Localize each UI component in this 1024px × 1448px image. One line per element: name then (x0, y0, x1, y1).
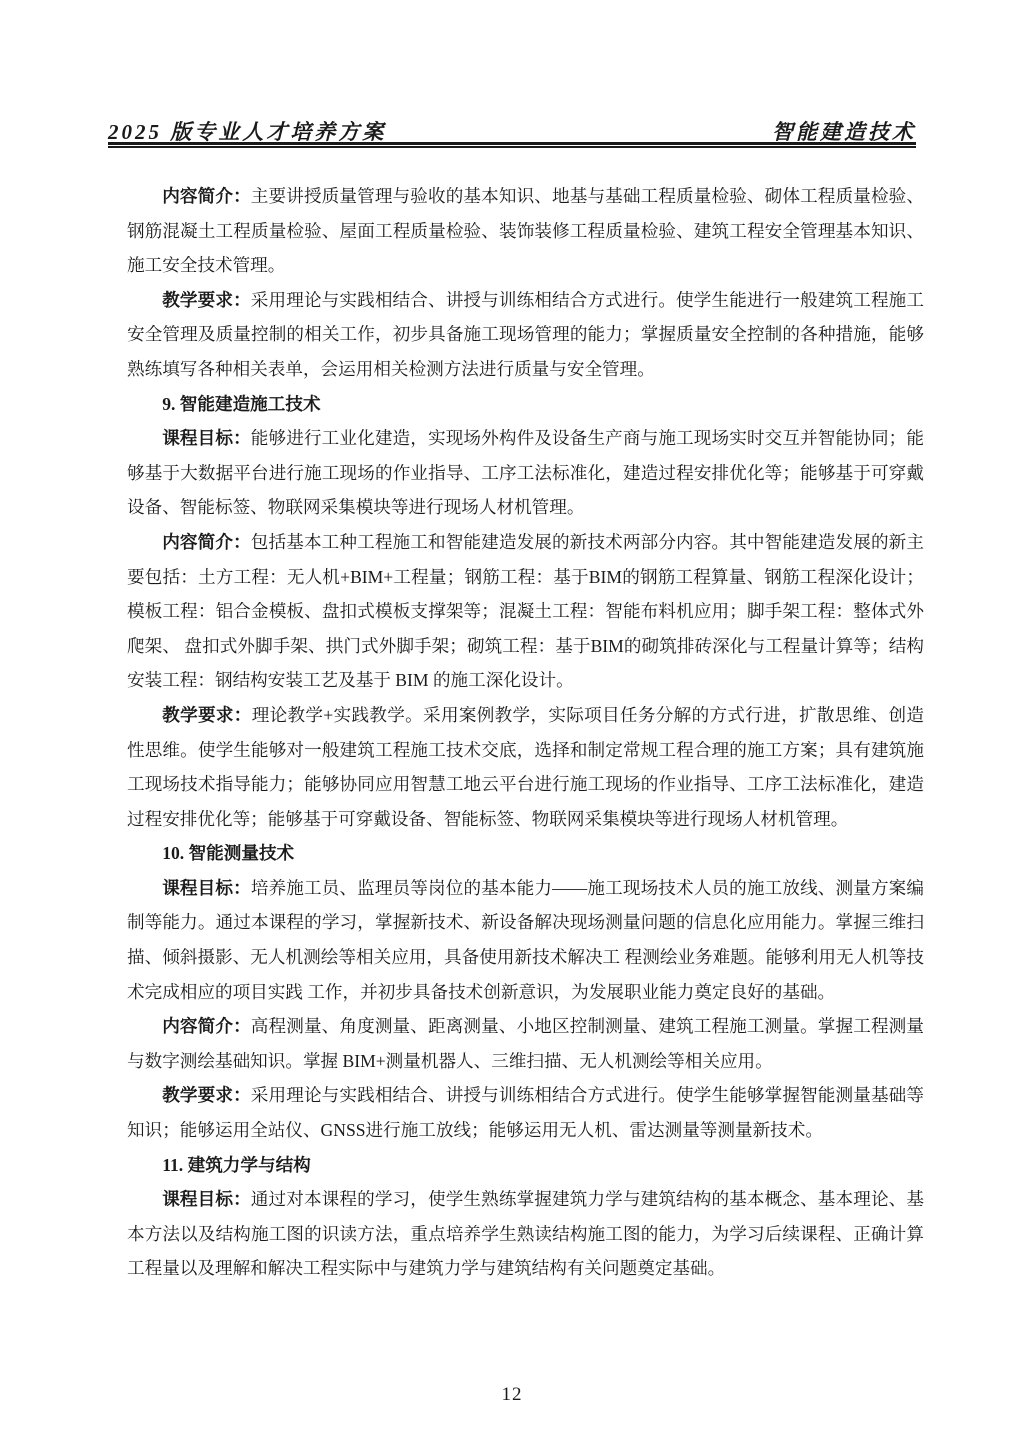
header-rule-thick-line (108, 142, 916, 145)
paragraph-lead: 教学要求： (162, 290, 251, 310)
paragraph-lead: 课程目标： (162, 1189, 251, 1209)
header-rule-thin-line (108, 146, 916, 148)
header-divider-rule (108, 142, 916, 148)
paragraph-lead: 教学要求： (162, 1085, 251, 1105)
paragraph-teaching-req-8: 教学要求：采用理论与实践相结合、讲授与训练相结合方式进行。使学生能进行一般建筑工… (127, 283, 924, 387)
paragraph-course-goal-11: 课程目标：通过对本课程的学习，使学生熟练掌握建筑力学与建筑结构的基本概念、基本理… (127, 1182, 924, 1286)
document-body: 内容简介：主要讲授质量管理与验收的基本知识、地基与基础工程质量检验、砌体工程质量… (127, 179, 924, 1286)
section-heading-11: 11. 建筑力学与结构 (127, 1148, 924, 1183)
section-heading-10: 10. 智能测量技术 (127, 836, 924, 871)
paragraph-content-intro-8: 内容简介：主要讲授质量管理与验收的基本知识、地基与基础工程质量检验、砌体工程质量… (127, 179, 924, 283)
paragraph-lead: 课程目标： (162, 878, 251, 898)
heading-text: 9. 智能建造施工技术 (162, 394, 320, 414)
paragraph-lead: 教学要求： (162, 705, 252, 725)
paragraph-lead: 内容简介： (162, 532, 251, 552)
paragraph-teaching-req-9: 教学要求：理论教学+实践教学。采用案例教学，实际项目任务分解的方式行进，扩散思维… (127, 698, 924, 836)
paragraph-course-goal-9: 课程目标：能够进行工业化建造，实现场外构件及设备生产商与施工现场实时交互并智能协… (127, 421, 924, 525)
paragraph-lead: 课程目标： (162, 428, 251, 448)
paragraph-lead: 内容简介： (162, 1016, 251, 1036)
paragraph-teaching-req-10: 教学要求：采用理论与实践相结合、讲授与训练相结合方式进行。使学生能够掌握智能测量… (127, 1078, 924, 1147)
paragraph-lead: 内容简介： (162, 186, 251, 206)
paragraph-course-goal-10: 课程目标：培养施工员、监理员等岗位的基本能力——施工现场技术人员的施工放线、测量… (127, 871, 924, 1009)
page-footer: 12 (0, 1384, 1024, 1406)
document-page: 2025 版专业人才培养方案 智能建造技术 内容简介：主要讲授质量管理与验收的基… (0, 0, 1024, 1448)
paragraph-text: 包括基本工种工程施工和智能建造发展的新技术两部分内容。其中智能建造发展的新主要包… (127, 532, 924, 690)
heading-text: 11. 建筑力学与结构 (162, 1155, 311, 1175)
page-number: 12 (502, 1384, 523, 1405)
paragraph-content-intro-10: 内容简介：高程测量、角度测量、距离测量、小地区控制测量、建筑工程施工测量。掌握工… (127, 1009, 924, 1078)
heading-text: 10. 智能测量技术 (162, 843, 294, 863)
section-heading-9: 9. 智能建造施工技术 (127, 387, 924, 422)
paragraph-content-intro-9: 内容简介：包括基本工种工程施工和智能建造发展的新技术两部分内容。其中智能建造发展… (127, 525, 924, 698)
